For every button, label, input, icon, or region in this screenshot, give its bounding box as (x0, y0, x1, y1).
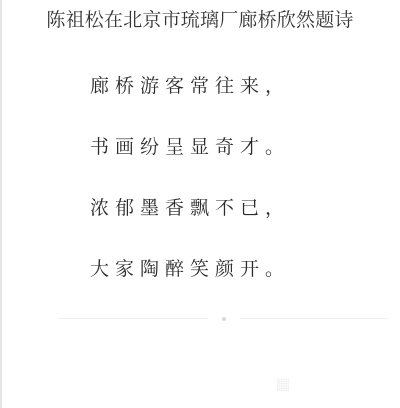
poem-line-4: 大家陶醉笑颜开。 (90, 256, 290, 282)
poem-line-2: 书画纷呈显奇才。 (90, 134, 290, 160)
poem-line-1: 廊桥游客常往来， (90, 73, 290, 99)
article-title: 陈祖松在北京市琉璃厂廊桥欣然题诗 (0, 6, 400, 34)
page-left-border (0, 0, 2, 408)
qr-watermark-icon: ▦ (273, 373, 293, 395)
section-divider-left (58, 318, 208, 319)
section-divider-right (240, 318, 388, 319)
poem-line-3: 浓郁墨香飘不已， (90, 195, 290, 221)
divider-dot-icon (222, 317, 226, 321)
poem-block: 廊桥游客常往来， 书画纷呈显奇才。 浓郁墨香飘不已， 大家陶醉笑颜开。 (90, 73, 290, 317)
